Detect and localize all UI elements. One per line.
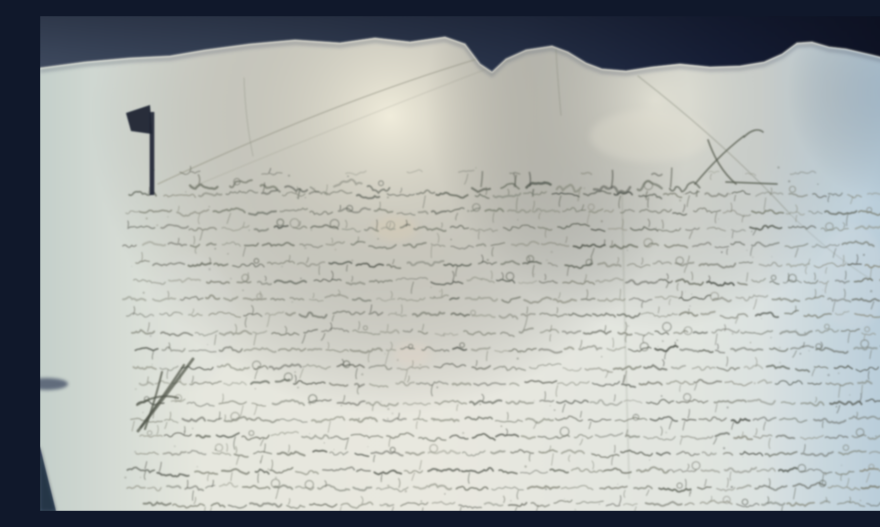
manuscript-photo [40, 16, 880, 511]
photo-canvas [40, 16, 880, 511]
